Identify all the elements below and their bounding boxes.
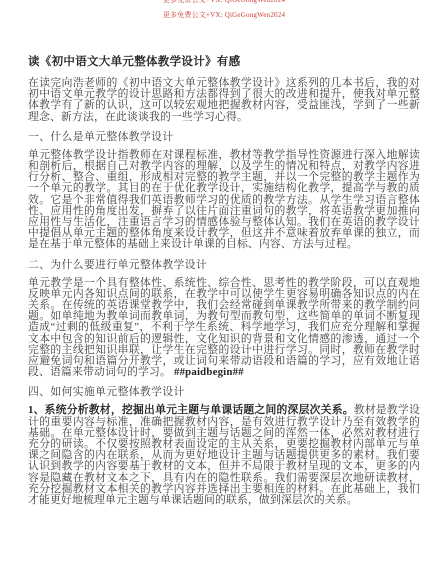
- paidbegin-marker: ##paidbegin##: [174, 366, 244, 378]
- section-2-paragraph: 单元教学是一个具有整体性、系统性、综合性、思考性的教学阶段，可以直观地反映单元内…: [28, 278, 420, 379]
- section-1-heading: 一、什么是单元整体教学设计: [28, 131, 420, 143]
- section-2-text: 单元教学是一个具有整体性、系统性、综合性、思考性的教学阶段，可以直观地反映单元内…: [28, 277, 420, 379]
- watermark-line-2: 更多免费公文+VX: QiGeGongWen2024: [0, 11, 448, 20]
- document-page: 更多免费公文+VX: QiGeGongWen2024 更多免费公文+VX: Qi…: [0, 0, 448, 580]
- document-body: 读《初中语文大单元整体教学设计》有感 在读完向浩老师的《初中语文大单元整体教学设…: [28, 56, 420, 514]
- section-2-heading: 二、为什么要进行单元整体教学设计: [28, 259, 420, 271]
- section-4-paragraph: 1、系统分析教材，挖掘出单元主题与单课话题之间的深层次关系。教材是教学设计的重要…: [28, 405, 420, 506]
- watermark-line-1: 更多免费公文+VX: QiGeGongWen2024: [0, 0, 448, 5]
- intro-paragraph: 在读完向浩老师的《初中语文大单元整体教学设计》这系列的几本书后，我的对初中语文单…: [28, 78, 420, 123]
- document-title: 读《初中语文大单元整体教学设计》有感: [28, 56, 420, 69]
- section-1-paragraph: 单元整体教学设计指教师在对课程标准，教材等教学指导性资源进行深入地解读和剖析后，…: [28, 150, 420, 251]
- section-4-heading: 四、如何实施单元整体教学设计: [28, 386, 420, 398]
- section-4-lead: 1、系统分析教材，挖掘出单元主题与单课话题之间的深层次关系。: [28, 404, 354, 416]
- section-4-text: 教材是教学设计的重要内容与标准，准确把握教材内容，是有效进行教学设计乃至有效教学…: [28, 404, 420, 506]
